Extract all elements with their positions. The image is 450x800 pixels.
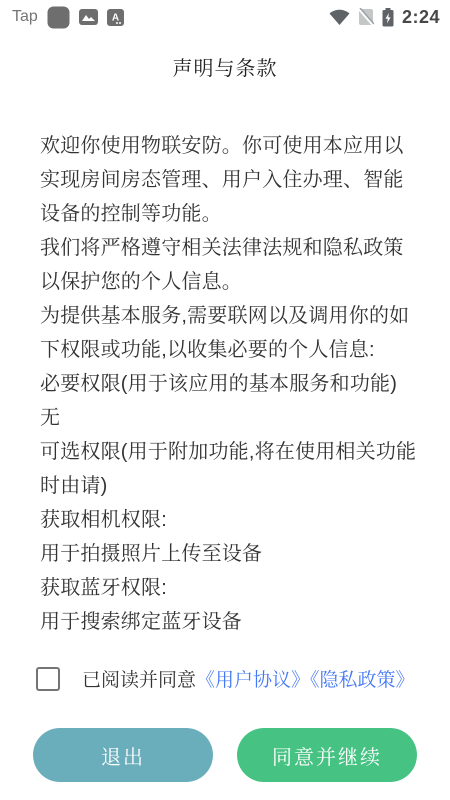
- terms-line: 获取相机权限:: [40, 503, 420, 537]
- status-bar: Tap A: [0, 0, 450, 32]
- terms-line: 欢迎你使用物联安防。你可使用本应用以: [40, 129, 420, 163]
- terms-line: 无: [40, 401, 420, 435]
- autofill-a-icon: A: [107, 9, 124, 26]
- terms-line: 下权限或功能,以收集必要的个人信息:: [40, 333, 420, 367]
- status-left-text: Tap: [12, 8, 38, 26]
- agreement-checkbox[interactable]: [36, 667, 60, 691]
- terms-line: 我们将严格遵守相关法律法规和隐私政策: [40, 231, 420, 265]
- user-agreement-link[interactable]: 《用户协议》: [196, 670, 310, 691]
- terms-line: 用于搜索绑定蓝牙设备: [40, 605, 420, 639]
- agree-continue-button[interactable]: 同意并继续: [237, 728, 417, 782]
- terms-line: 必要权限(用于该应用的基本服务和功能): [40, 367, 420, 401]
- svg-text:A: A: [112, 12, 119, 23]
- terms-text: 欢迎你使用物联安防。你可使用本应用以实现房间房态管理、用户入住办理、智能设备的控…: [40, 129, 420, 639]
- status-bar-left: Tap A: [12, 6, 124, 29]
- gallery-icon: [79, 9, 98, 25]
- terms-line: 用于拍摄照片上传至设备: [40, 537, 420, 571]
- no-sim-icon: [358, 8, 374, 26]
- wifi-icon: [329, 9, 350, 26]
- terms-line: 时由请): [40, 469, 420, 503]
- privacy-policy-link[interactable]: 《隐私政策》: [310, 670, 415, 691]
- terms-line: 为提供基本服务,需要联网以及调用你的如: [40, 299, 420, 333]
- terms-line: 设备的控制等功能。: [40, 197, 420, 231]
- status-bar-right: 2:24: [329, 7, 440, 28]
- agreement-prefix: 已阅读并同意: [82, 670, 196, 691]
- page-title: 声明与条款: [0, 57, 450, 81]
- battery-charging-icon: [382, 8, 394, 27]
- terms-line: 可选权限(用于附加功能,将在使用相关功能: [40, 435, 420, 469]
- terms-line: 获取蓝牙权限:: [40, 571, 420, 605]
- terms-line: 以保护您的个人信息。: [40, 265, 420, 299]
- terms-line: 实现房间房态管理、用户入住办理、智能: [40, 163, 420, 197]
- button-row: 退出 同意并继续: [0, 728, 450, 782]
- app-square-icon: [47, 6, 70, 29]
- exit-button[interactable]: 退出: [33, 728, 213, 782]
- agreement-row: 已阅读并同意《用户协议》《隐私政策》: [36, 665, 450, 692]
- status-time: 2:24: [402, 7, 440, 28]
- agreement-label: 已阅读并同意《用户协议》《隐私政策》: [82, 665, 415, 692]
